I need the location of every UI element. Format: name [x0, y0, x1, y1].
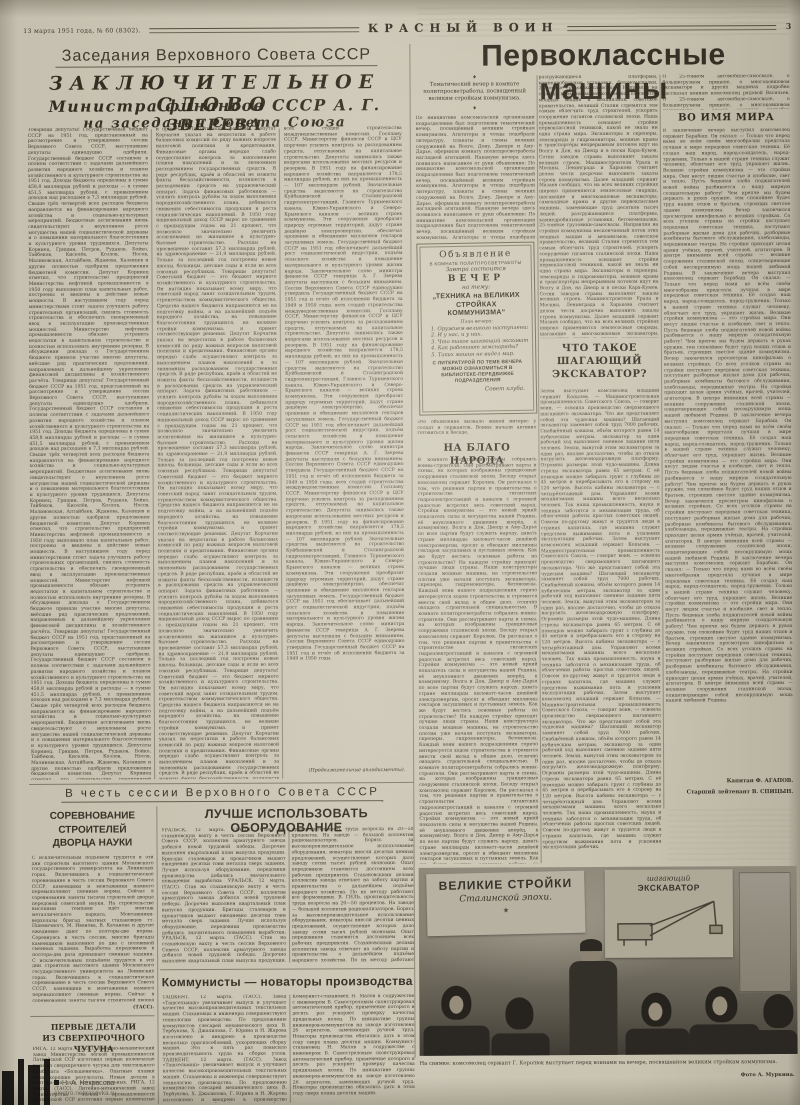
- palace-title: СОРЕВНОВАНИЕ СТРОИТЕЛЕЙ ДВОРЦА НАУКИ: [31, 809, 153, 850]
- machines-intro: Тематический вечер в комнате политпросве…: [417, 81, 533, 103]
- author-signature-2: Старший лейтенант В. СПИЦЫН.: [666, 789, 793, 796]
- equipment-col2: производительность труда возросла на 20—…: [291, 827, 414, 963]
- speaker-torso: [569, 961, 617, 1055]
- section-divider: [30, 1015, 154, 1017]
- poster-text: Сталинской эпохи.: [427, 892, 585, 906]
- machines-col3-body: В заключение вечера выступил комсомолец …: [663, 128, 793, 775]
- palace-tass: (ТАСС).: [32, 1004, 154, 1011]
- watermark-name: Н. А. Некрасова: [54, 1080, 114, 1087]
- header-rule-left: [150, 27, 359, 33]
- watermark-bars-icon: [2, 1056, 50, 1105]
- watermark-url: electro.nekrasovka.ru: [54, 1090, 116, 1097]
- excavator-drawing-icon: [610, 895, 728, 948]
- machines-col1-bottom: В комнате политпросветработы собрались в…: [418, 457, 539, 864]
- column-rule: [151, 129, 155, 779]
- poster-text: ЭКСКАВАТОР: [605, 882, 733, 893]
- column-rule: [279, 129, 283, 779]
- announcement-title: Объявление: [424, 249, 526, 261]
- announcement-script-line: на тему:: [425, 284, 527, 292]
- masthead-title: КРАСНЫЙ ВОИН: [368, 20, 559, 35]
- palace-body: С исключительным подъёмом трудятся в эти…: [32, 855, 155, 1002]
- author-signature-1: Капитан Ф. АГАПОВ.: [666, 778, 793, 785]
- photo-door-panel: [739, 872, 792, 992]
- star-icon: ★: [427, 905, 585, 917]
- machines-col2-top: разгружающиеся платформы, камнедробильны…: [539, 75, 659, 339]
- announcement-footer: С литературой по теме вечера можно ознак…: [426, 360, 528, 386]
- header-rule-right: [567, 25, 776, 31]
- speaker-hair: [580, 939, 602, 951]
- communists-title: Коммунисты — новаторы производства: [160, 974, 414, 989]
- plan-item: 5. Таких машин не видел мир.: [431, 351, 528, 359]
- speech-column-3: всех стадий строительства междуведомстве…: [284, 126, 405, 767]
- communists-col2: Коммунист-стахановец Н. Малов в содружес…: [292, 994, 415, 1103]
- machines-col1-after-ad: Это объявление вызвало живой интерес у с…: [417, 419, 536, 439]
- poster-walking-excavator: шагающий ЭКСКАВАТОР: [605, 869, 733, 958]
- column-rule: [289, 995, 291, 1103]
- photo-credit: Фото А. Муркина.: [741, 1072, 795, 1078]
- speaker-figure: [567, 941, 620, 1055]
- column-rule: [156, 806, 159, 1104]
- square-icon: [54, 1080, 59, 1085]
- announcement-signature: Совет клуба.: [427, 386, 529, 394]
- newspaper-page: 13 марта 1951 года, № 60 (8302). КРАСНЫЙ…: [0, 0, 800, 1105]
- communists-col1: ТАШКЕНТ, 12 марта. (ТАСС). Завод «Ташсел…: [162, 995, 287, 1104]
- announcement-plan-list: 1. Оружием великого наступления. 2. И у …: [426, 324, 529, 359]
- announcement-box: Объявление В комнате политпросветработы …: [416, 242, 537, 416]
- session-banner: В честь сессии Верховного Совета СССР: [31, 786, 413, 800]
- announcement-event-word: ВЕЧЕР: [425, 273, 527, 285]
- machines-col2-bottom: Затем выступает комсомолец младший сержа…: [540, 389, 661, 862]
- ornament-diamond: ♦: [415, 105, 535, 112]
- poster-great-constructions: ВЕЛИКИЕ СТРОЙКИ Сталинской эпохи. ★: [426, 871, 585, 937]
- column-rule: [288, 828, 290, 963]
- speech-column-1: Товарищи депутаты! Государственный бюдже…: [28, 127, 151, 780]
- poster-text: ВЕЛИКИЕ СТРОЙКИ: [426, 876, 584, 894]
- section-divider: [29, 782, 413, 785]
- ink-bleed: [667, 806, 793, 861]
- excavator-heading: ЧТО ТАКОЕ ШАГАЮЩИЙ ЭКСКАВАТОР?: [540, 342, 659, 382]
- mir-heading: ВО ИМЯ МИРА: [663, 111, 790, 125]
- announcement-inner: Объявление В комнате политпросветработы …: [419, 245, 534, 413]
- machines-col1-top: По инициативе комсомольской организации …: [416, 115, 536, 240]
- announcement-topic: „ТЕХНИКА на ВЕЛИКИХ СТРОЙКАХ КОММУНИЗМА“: [425, 292, 527, 319]
- speech-column-2: и примет соответствующие решения. Депута…: [156, 127, 279, 780]
- equipment-col1: УРАЛЬСК, 12 марта. (ТАСС). Став на стаха…: [161, 828, 286, 964]
- ornament-diamond: ♦: [414, 74, 534, 81]
- page-number: 3: [786, 21, 792, 31]
- section-divider: [160, 968, 414, 970]
- applause-note: (Продолжительные аплодисменты).: [287, 768, 405, 774]
- section-kicker: Заседания Верховного Совета СССР: [27, 46, 405, 66]
- dateline: 13 марта 1951 года, № 60 (8302).: [23, 27, 140, 35]
- photo-evening-lecture: ВЕЛИКИЕ СТРОЙКИ Сталинской эпохи. ★ шага…: [419, 866, 798, 1056]
- machines-col3-top: О 25-тонном автомобиле-самосвале, о боль…: [663, 74, 790, 110]
